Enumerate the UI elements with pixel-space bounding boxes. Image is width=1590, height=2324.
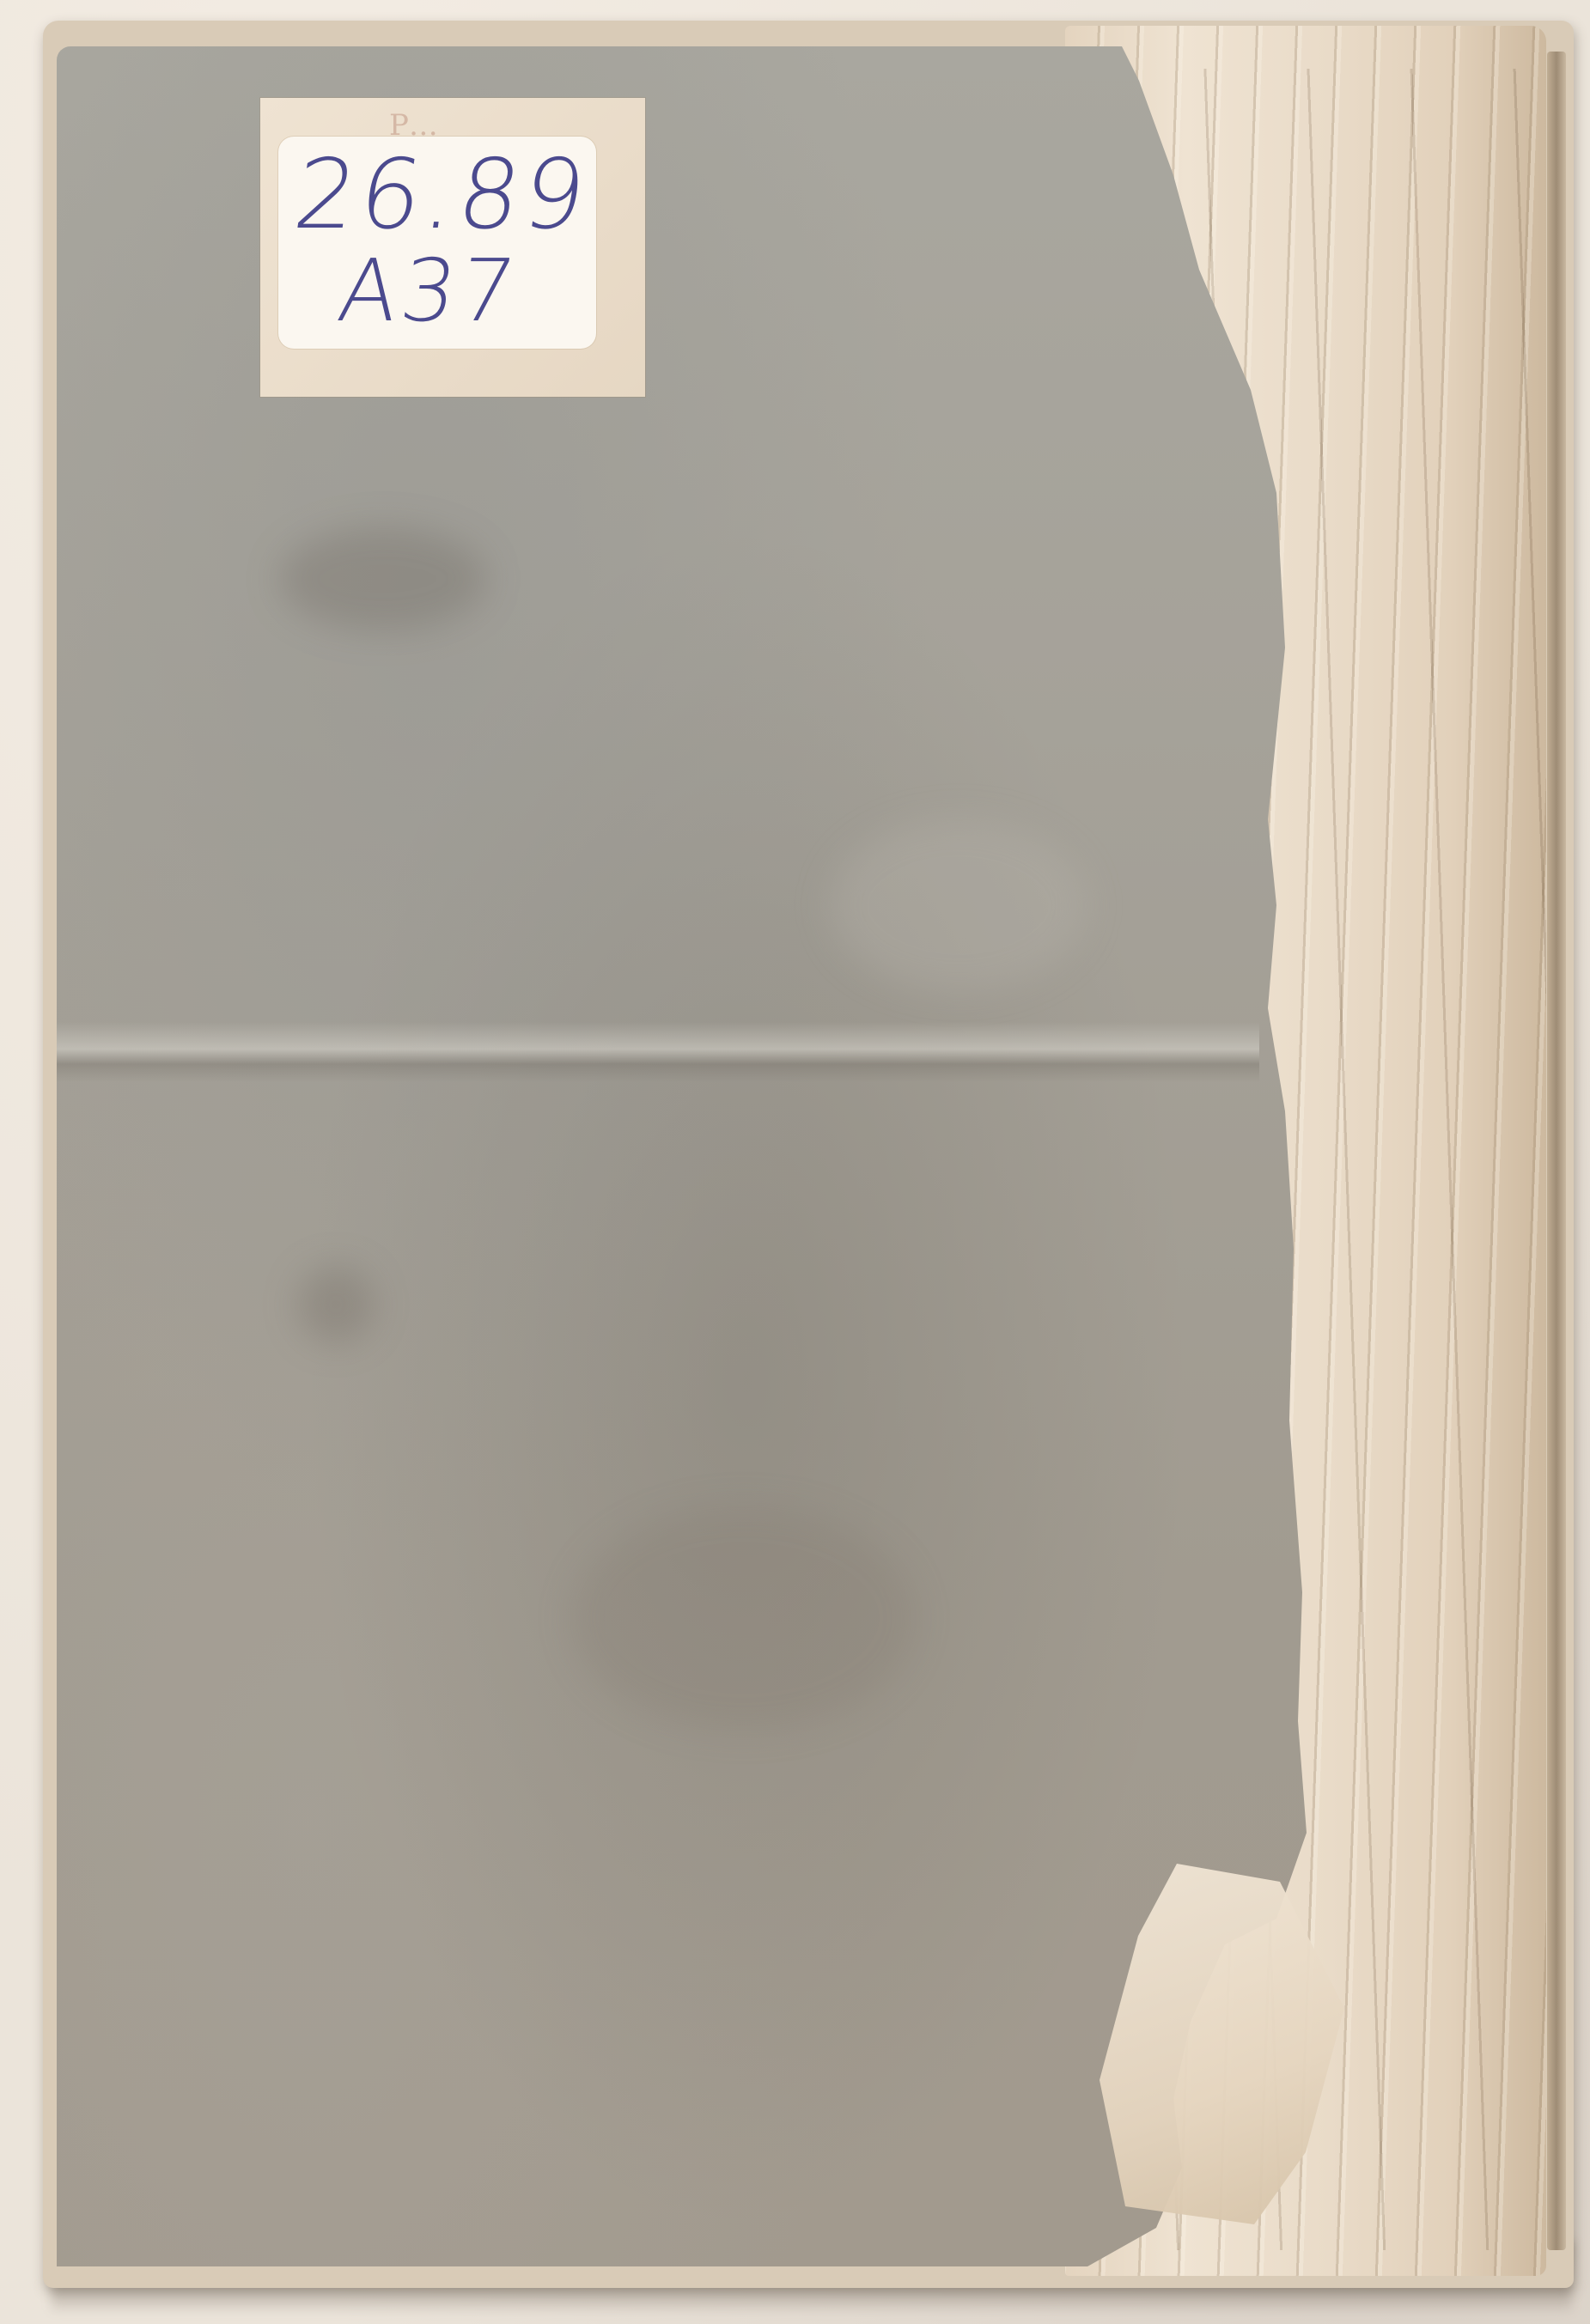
library-label: P… 26.89 A37 bbox=[260, 98, 645, 397]
shelfmark-number: 26.89 bbox=[289, 147, 594, 243]
grey-paper-cover: P… 26.89 A37 bbox=[57, 46, 1311, 2266]
shelfmark-sticker: 26.89 A37 bbox=[278, 137, 596, 349]
shelfmark-code: A37 bbox=[333, 248, 524, 334]
stain bbox=[280, 527, 486, 630]
page-fore-edge bbox=[1547, 52, 1566, 2250]
stain bbox=[572, 1506, 916, 1730]
stain bbox=[297, 1266, 375, 1343]
cover-fold-crease bbox=[57, 1022, 1259, 1082]
stain bbox=[830, 819, 1087, 991]
